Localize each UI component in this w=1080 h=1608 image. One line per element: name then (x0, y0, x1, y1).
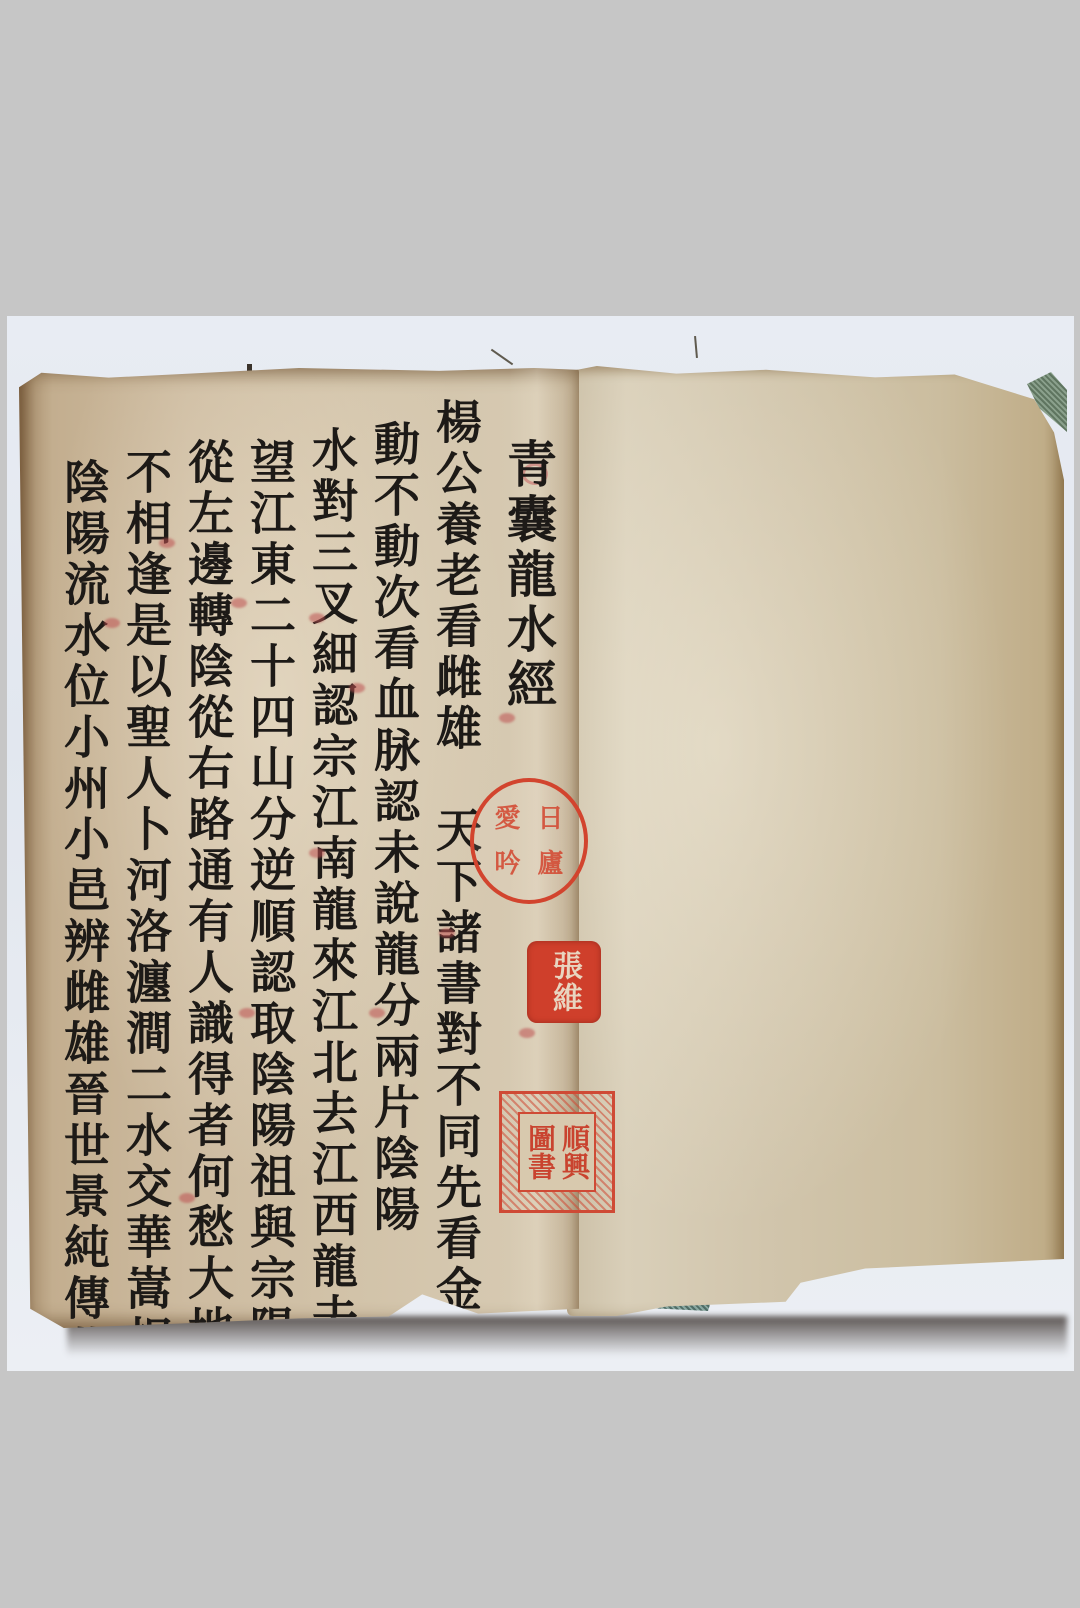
seal-glyph: 廬 (537, 850, 563, 878)
red-punctuation-mark (309, 613, 325, 623)
seal-glyph-column: 圖書 (525, 1124, 555, 1180)
square-red-seal: 張維 (527, 941, 601, 1023)
text-column: 水對三叉細認宗江南龍來江北去江西龍去 (301, 398, 363, 1298)
page-shadow (67, 1316, 1067, 1356)
text-column: 陰陽流水位小州小邑辨雌雄晉世景純傳此術演 (53, 398, 115, 1298)
seal-inner-panel: 順興 圖書 (518, 1112, 596, 1192)
seal-glyph: 愛 (494, 805, 520, 833)
red-punctuation-mark (519, 1028, 535, 1038)
red-punctuation-mark (349, 683, 365, 693)
red-punctuation-mark (179, 1193, 195, 1203)
text-column: 動不動次看血脉認未說龍分兩片陰陽 (363, 398, 425, 1298)
red-punctuation-mark (499, 713, 515, 723)
text-column: 不相逢是以聖人卜河洛瀍澗二水交華嵩相其 (115, 398, 177, 1298)
loose-thread (694, 336, 698, 358)
text-column: 從左邊轉陰從右路通有人識得者何愁大地 (177, 398, 239, 1298)
seal-glyph: 吟 (494, 850, 520, 878)
loose-thread (491, 349, 513, 366)
round-seal: 愛 日 吟 廬 (470, 778, 588, 904)
text-column: 望江東二十四山分逆順認取陰陽祖與宗陽 (239, 398, 301, 1298)
framed-square-seal: 順興 圖書 (499, 1091, 615, 1213)
red-punctuation-mark (231, 598, 247, 608)
manuscript-photo: 青囊龍水經 楊公養老看雌雄 天下諸書對不同先看金龍 動不動次看血脉認未說龍分兩片… (7, 316, 1074, 1371)
red-punctuation-mark (439, 928, 455, 938)
seal-glyph: 日 (537, 805, 563, 833)
blank-right-page (567, 366, 1064, 1316)
red-punctuation-mark (159, 538, 175, 548)
seal-glyph-column: 順興 (559, 1124, 589, 1180)
red-punctuation-mark (309, 848, 325, 858)
red-punctuation-mark (239, 1008, 255, 1018)
red-punctuation-mark (369, 1008, 385, 1018)
red-punctuation-mark (104, 618, 120, 628)
